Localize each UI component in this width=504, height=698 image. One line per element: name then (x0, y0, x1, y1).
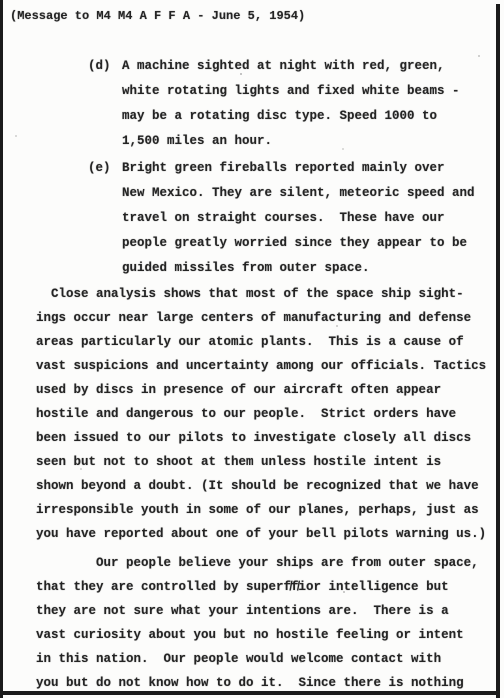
paragraph-close-analysis: Close analysis shows that most of the sp… (36, 282, 486, 546)
scan-edge-right (496, 4, 500, 698)
list-marker-d: (d) (88, 54, 122, 79)
scan-edge-left (0, 0, 3, 698)
scan-noise-speck (240, 73, 242, 75)
document-header: (Message to M4 M4 A F F A - June 5, 1954… (10, 8, 305, 25)
list-item-d-text: A machine sighted at night with red, gre… (122, 54, 460, 154)
list-marker-e: (e) (88, 156, 122, 181)
list-item-e-text: Bright green fireballs reported mainly o… (122, 156, 475, 281)
sightings-list: (d) A machine sighted at night with red,… (88, 54, 488, 283)
list-item-e: (e) Bright green fireballs reported main… (88, 156, 488, 281)
document-page: (Message to M4 M4 A F F A - June 5, 1954… (0, 0, 504, 698)
scan-edge-bottom (0, 691, 500, 695)
paragraph-our-people: Our people believe your ships are from o… (36, 551, 479, 695)
list-item-d: (d) A machine sighted at night with red,… (88, 54, 488, 154)
